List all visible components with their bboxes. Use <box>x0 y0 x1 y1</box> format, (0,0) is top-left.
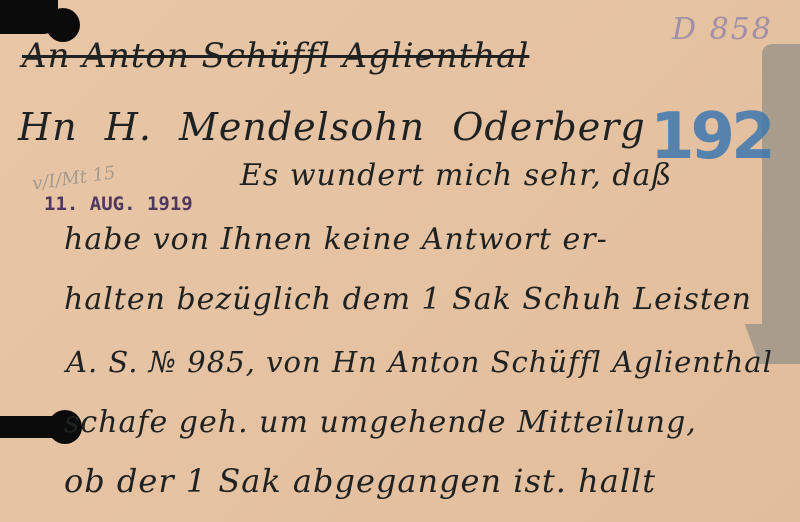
postcard: D 858 192 An Anton Schüffl Aglienthal Hn… <box>0 0 800 522</box>
recipient-address: Hn H. Mendelsohn Oderberg <box>18 105 646 149</box>
body-line-2: habe von Ihnen keine Antwort er- <box>64 222 608 257</box>
body-line-1: Es wundert mich sehr, daß <box>240 158 672 193</box>
attached-paper-flap <box>762 44 800 344</box>
archive-number: D 858 <box>672 12 773 47</box>
body-line-5: schafe geh. um umgehende Mitteilung, <box>64 405 697 440</box>
body-line-6: ob der 1 Sak abgegangen ist. hallt <box>64 462 656 500</box>
date-stamp: 11. AUG. 1919 <box>44 193 193 215</box>
body-line-3: halten bezüglich dem 1 Sak Schuh Leisten <box>64 282 752 317</box>
crossed-out-address: An Anton Schüffl Aglienthal <box>22 36 529 76</box>
pencil-annotation: v/I/Mt 15 <box>31 162 117 194</box>
body-line-4: A. S. № 985, von Hn Anton Schüffl Aglien… <box>66 345 773 379</box>
